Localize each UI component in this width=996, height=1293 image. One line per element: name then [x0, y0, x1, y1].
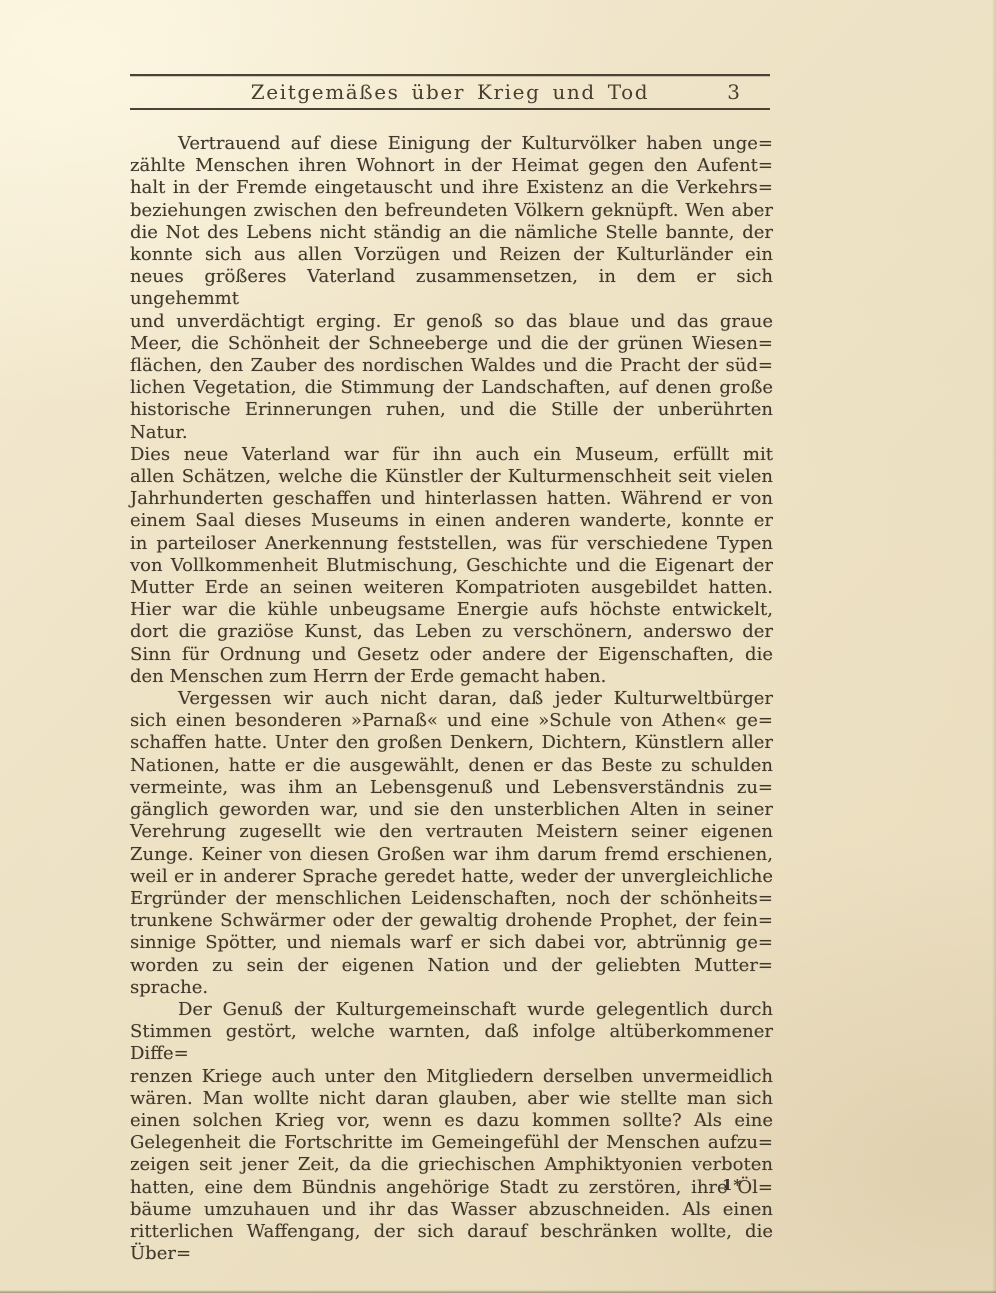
text-line: renzen Kriege auch unter den Mitgliedern… — [130, 1066, 773, 1088]
text-line: lichen Vegetation, die Stimmung der Land… — [130, 377, 773, 399]
signature-mark: 1* — [722, 1176, 742, 1194]
text-line: allen Schätzen, welche die Künstler der … — [130, 466, 773, 488]
page-number: 3 — [727, 80, 740, 104]
text-line: in parteiloser Anerkennung feststellen, … — [130, 533, 773, 555]
text-line: bäume umzuhauen und ihr das Wasser abzus… — [130, 1199, 773, 1221]
text-line: vermeinte, was ihm an Lebensgenuß und Le… — [130, 777, 773, 799]
text-line: hatten, eine dem Bündnis angehörige Stad… — [130, 1177, 773, 1199]
text-line: halt in der Fremde eingetauscht und ihre… — [130, 177, 773, 199]
text-line: einen solchen Krieg vor, wenn es dazu ko… — [130, 1110, 773, 1132]
header-rule-bottom — [130, 108, 770, 110]
header-rule-top — [130, 74, 770, 76]
text-line: Zunge. Keiner von diesen Großen war ihm … — [130, 844, 773, 866]
text-line: flächen, den Zauber des nordischen Walde… — [130, 355, 773, 377]
text-line: Der Genuß der Kulturgemeinschaft wurde g… — [130, 999, 773, 1021]
text-line: Sinn für Ordnung und Gesetz oder andere … — [130, 644, 773, 666]
text-line: von Vollkommenheit Blutmischung, Geschic… — [130, 555, 773, 577]
text-line: beziehungen zwischen den befreundeten Vö… — [130, 200, 773, 222]
text-line: dort die graziöse Kunst, das Leben zu ve… — [130, 621, 773, 643]
text-line: schaffen hatte. Unter den großen Denkern… — [130, 732, 773, 754]
text-line: Verehrung zugesellt wie den vertrauten M… — [130, 821, 773, 843]
text-line: einem Saal dieses Museums in einen ander… — [130, 510, 773, 532]
text-line: Vergessen wir auch nicht daran, daß jede… — [130, 688, 773, 710]
text-line: sprache. — [130, 977, 773, 999]
scan-edge-right — [992, 0, 996, 1293]
text-line: ritterlichen Waffengang, der sich darauf… — [130, 1221, 773, 1265]
text-line: zeigen seit jener Zeit, da die griechisc… — [130, 1154, 773, 1176]
text-line: wären. Man wollte nicht daran glauben, a… — [130, 1088, 773, 1110]
text-line: den Menschen zum Herrn der Erde gemacht … — [130, 666, 773, 688]
book-page: { "page": { "paper_color": "#ece0c2", "i… — [0, 0, 996, 1293]
text-line: konnte sich aus allen Vorzügen und Reize… — [130, 244, 773, 266]
text-line: Dies neue Vaterland war für ihn auch ein… — [130, 444, 773, 466]
text-line: und unverdächtigt erging. Er genoß so da… — [130, 311, 773, 333]
text-line: Vertrauend auf diese Einigung der Kultur… — [130, 133, 773, 155]
text-line: zählte Menschen ihren Wohnort in der Hei… — [130, 155, 773, 177]
text-line: Mutter Erde an seinen weiteren Kompatrio… — [130, 577, 773, 599]
text-line: Jahrhunderten geschaffen und hinterlasse… — [130, 488, 773, 510]
text-line: neues größeres Vaterland zusammensetzen,… — [130, 266, 773, 310]
text-line: sinnige Spötter, und niemals warf er sic… — [130, 932, 773, 954]
text-line: trunkene Schwärmer oder der gewaltig dro… — [130, 910, 773, 932]
text-line: die Not des Lebens nicht ständig an die … — [130, 222, 773, 244]
running-head-title: Zeitgemäßes über Krieg und Tod — [130, 80, 770, 104]
text-line: Hier war die kühle unbeugsame Energie au… — [130, 599, 773, 621]
text-line: historische Erinnerungen ruhen, und die … — [130, 399, 773, 443]
body-text: Vertrauend auf diese Einigung der Kultur… — [130, 133, 773, 1265]
text-line: sich einen besonderen »Parnaß« und eine … — [130, 710, 773, 732]
text-line: Stimmen gestört, welche warnten, daß inf… — [130, 1021, 773, 1065]
text-line: Ergründer der menschlichen Leidenschafte… — [130, 888, 773, 910]
text-line: Meer, die Schönheit der Schneeberge und … — [130, 333, 773, 355]
text-line: weil er in anderer Sprache geredet hatte… — [130, 866, 773, 888]
text-line: Nationen, hatte er die ausgewählt, denen… — [130, 755, 773, 777]
text-line: gänglich geworden war, und sie den unste… — [130, 799, 773, 821]
text-line: Gelegenheit die Fortschritte im Gemeinge… — [130, 1132, 773, 1154]
text-line: worden zu sein der eigenen Nation und de… — [130, 955, 773, 977]
